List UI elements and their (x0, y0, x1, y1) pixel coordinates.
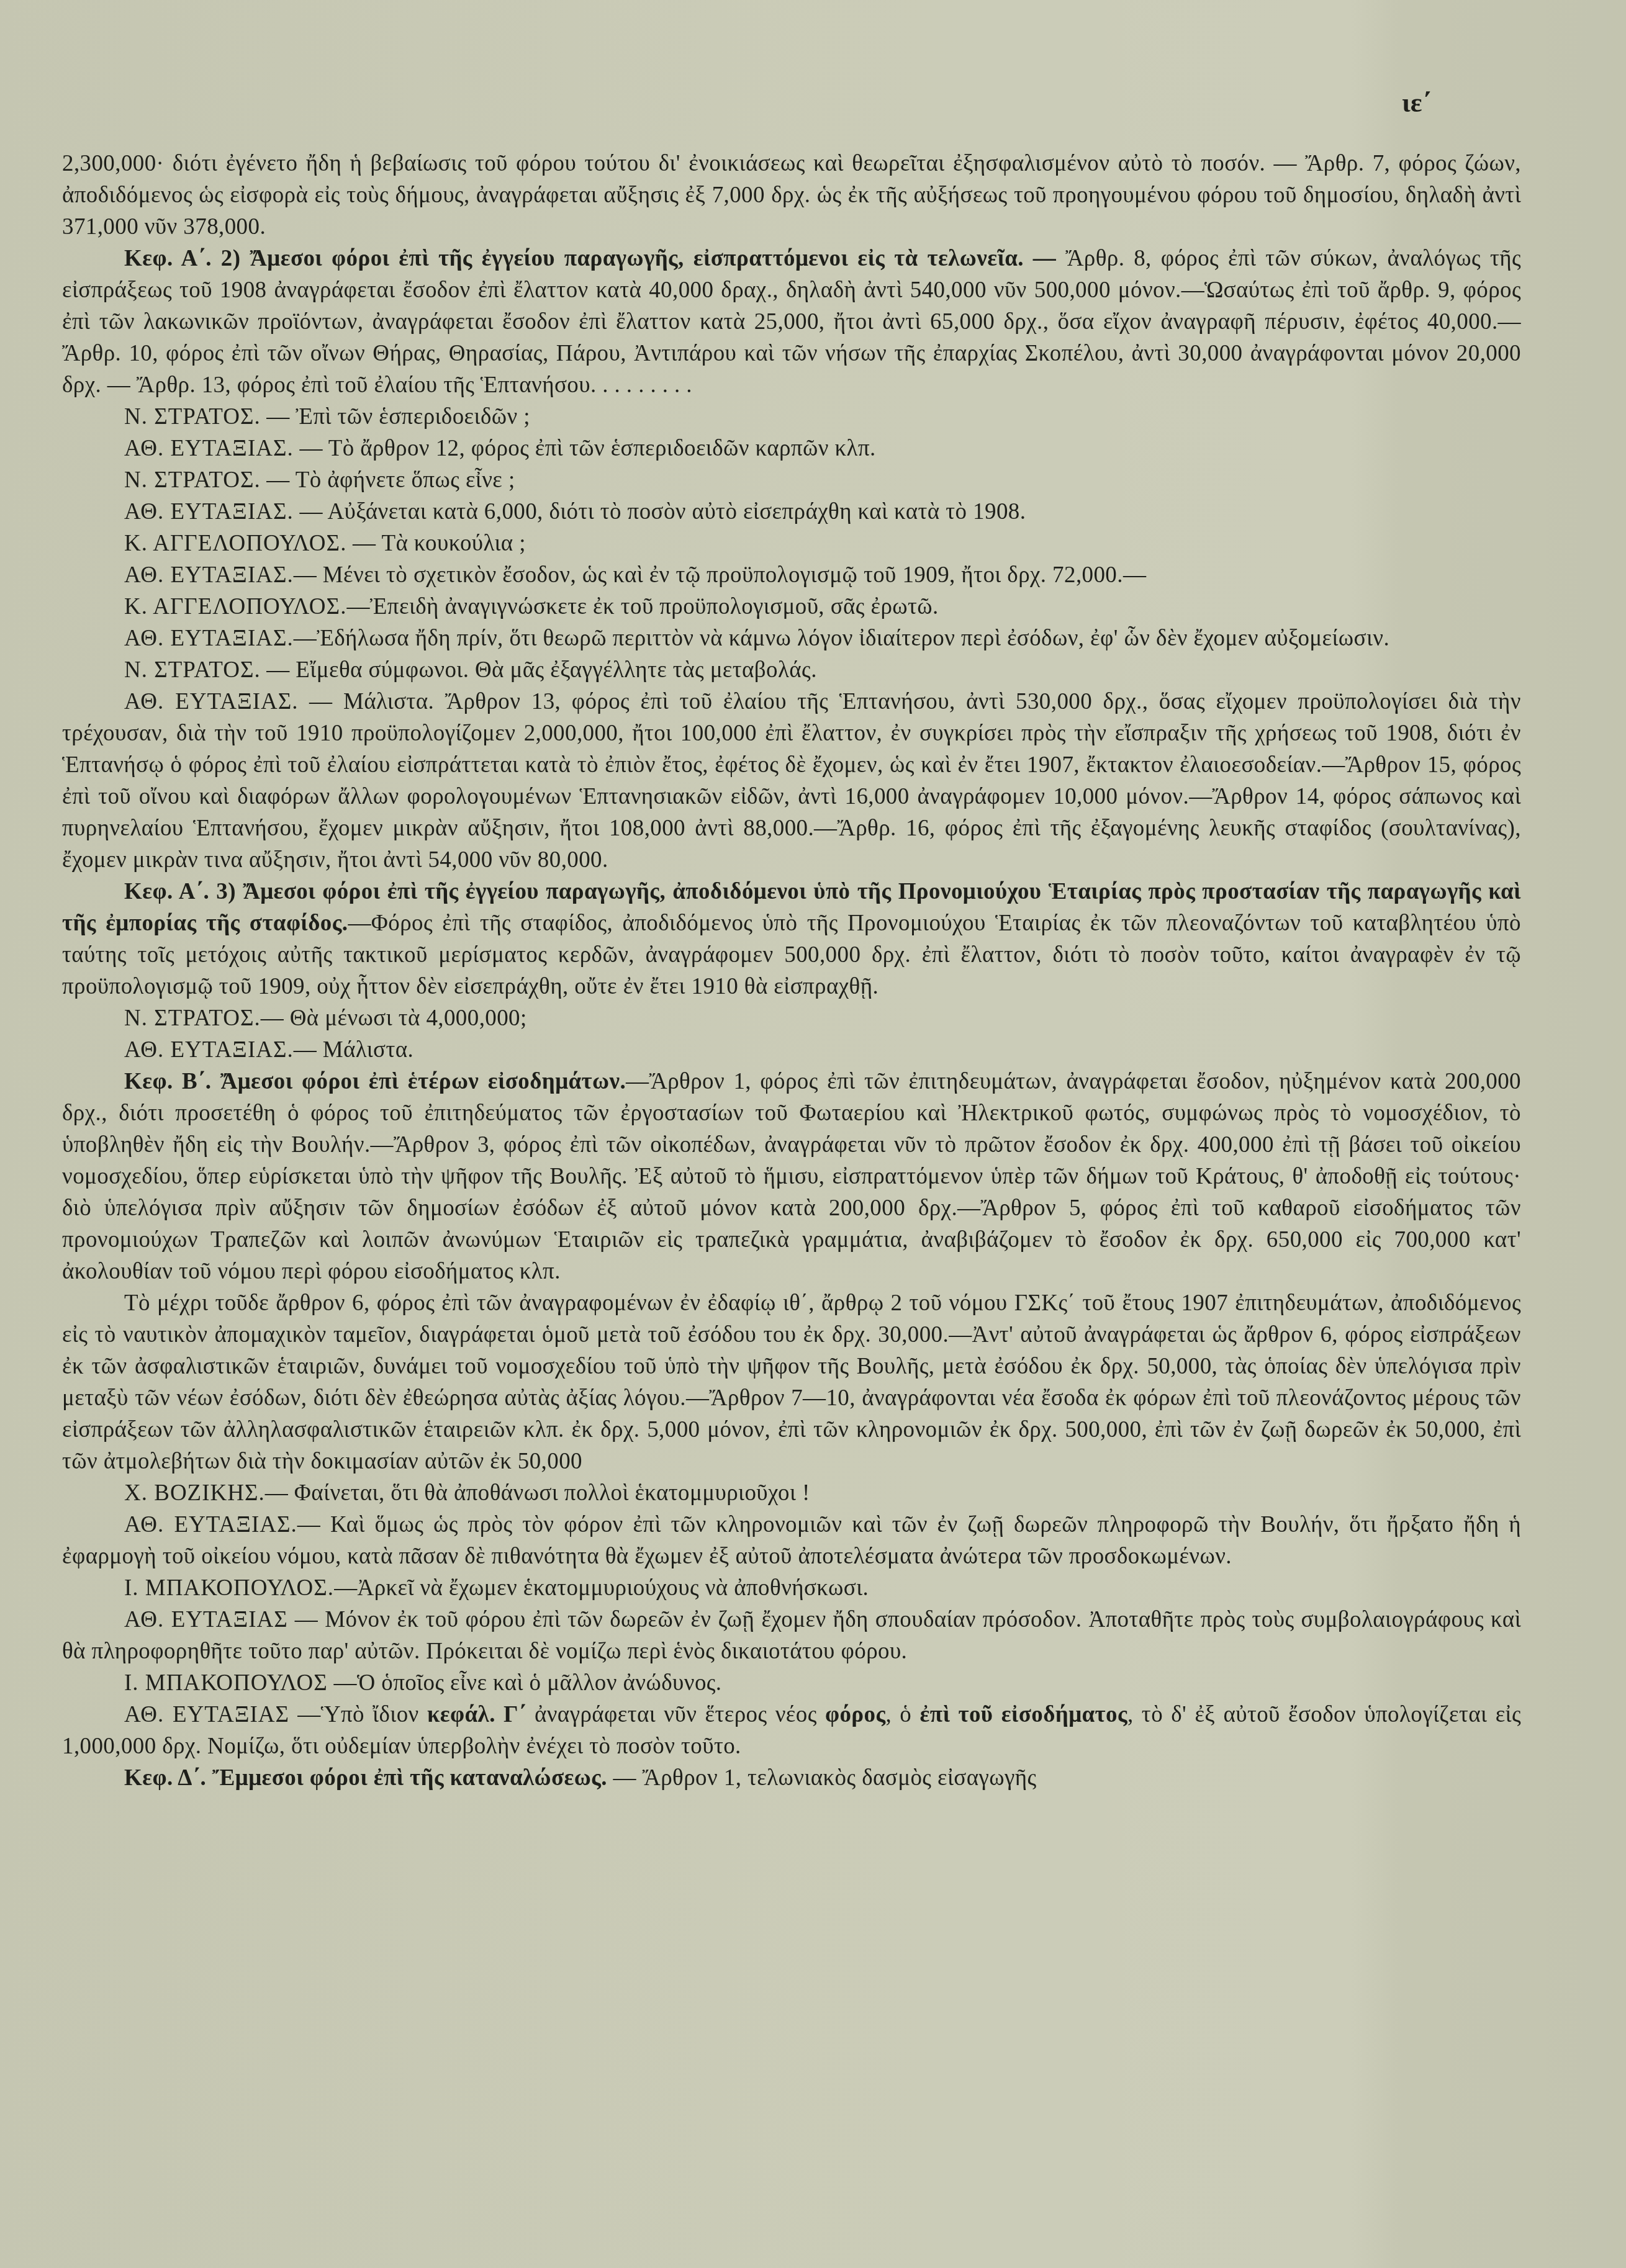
speech-text: — Ἐπὶ τῶν ἑσπεριδοειδῶν ; (261, 404, 530, 430)
speaker-name: Ν. ΣΤΡΑΤΟΣ. (124, 467, 261, 493)
speech-entry: ΑΘ. ΕΥΤΑΞΙΑΣ. — Μάλιστα. Ἄρθρον 13, φόρο… (62, 686, 1521, 876)
speech-entry: Κ. ΑΓΓΕΛΟΠΟΥΛΟΣ. — Τὰ κουκούλια ; (62, 528, 1521, 559)
chapter-heading: Κεφ. Α΄. 2) Ἄμεσοι φόροι ἐπὶ τῆς ἐγγείου… (124, 246, 1056, 271)
speaker-name: Κ. ΑΓΓΕΛΟΠΟΥΛΟΣ. (124, 594, 346, 619)
paragraph-text: 2,300,000· διότι ἐγένετο ἤδη ἡ βεβαίωσις… (62, 151, 1521, 240)
speech-text: — Μάλιστα. Ἄρθρον 13, φόρος ἐπὶ τοῦ ἐλαί… (62, 689, 1521, 873)
speech-text: —Ἀρκεῖ νὰ ἔχωμεν ἑκατομμυριούχους νὰ ἀπο… (334, 1575, 869, 1601)
speaker-name: Ν. ΣΤΡΑΤΟΣ. (124, 404, 261, 430)
page-number: ιε΄ (1402, 87, 1431, 119)
speech-text: —Ὁ ὁποῖος εἶνε καὶ ὁ μᾶλλον ἀνώδυνος. (328, 1670, 722, 1696)
bold-term: κεφάλ. Γ΄ (427, 1702, 526, 1727)
speech-text: —Ἐδήλωσα ἤδη πρίν, ὅτι θεωρῶ περιττὸν νὰ… (294, 626, 1389, 651)
bold-term: ἐπὶ τοῦ εἰσοδήματος (920, 1702, 1127, 1727)
speech-entry: Ν. ΣΤΡΑΤΟΣ. — Τὸ ἀφήνετε ὅπως εἶνε ; (62, 464, 1521, 496)
speaker-name: ΑΘ. ΕΥΤΑΞΙΑΣ. (124, 1512, 297, 1537)
speech-entry: ΑΘ. ΕΥΤΑΞΙΑΣ.— Μάλιστα. (62, 1034, 1521, 1066)
speech-text: — Τὰ κουκούλια ; (346, 531, 526, 556)
speaker-name: ΑΘ. ΕΥΤΑΞΙΑΣ (124, 1702, 289, 1727)
chapter-section: Κεφ. Α΄. 2) Ἄμεσοι φόροι ἐπὶ τῆς ἐγγείου… (62, 243, 1521, 401)
speaker-name: ΑΘ. ΕΥΤΑΞΙΑΣ. (124, 436, 294, 461)
chapter-heading: Κεφ. Β΄. Ἄμεσοι φόροι ἐπὶ ἑτέρων εἰσοδημ… (124, 1069, 626, 1094)
speech-entry: Κ. ΑΓΓΕΛΟΠΟΥΛΟΣ.—Ἐπειδὴ ἀναγιγνώσκετε ἐκ… (62, 591, 1521, 623)
speaker-name: Κ. ΑΓΓΕΛΟΠΟΥΛΟΣ. (124, 531, 346, 556)
speech-entry: ΑΘ. ΕΥΤΑΞΙΑΣ.— Μένει τὸ σχετικὸν ἔσοδον,… (62, 559, 1521, 591)
speech-text: —Ὑπὸ ἴδιον (289, 1702, 427, 1727)
speech-entry: ΑΘ. ΕΥΤΑΞΙΑΣ —Ὑπὸ ἴδιον κεφάλ. Γ΄ ἀναγρά… (62, 1699, 1521, 1762)
speech-entry: ΑΘ. ΕΥΤΑΞΙΑΣ. — Αὐξάνεται κατὰ 6,000, δι… (62, 496, 1521, 528)
speech-entry: Ν. ΣΤΡΑΤΟΣ. — Εἴμεθα σύμφωνοι. Θὰ μᾶς ἐξ… (62, 654, 1521, 686)
chapter-heading: Κεφ. Δ΄. Ἔμμεσοι φόροι ἐπὶ τῆς καταναλώσ… (124, 1765, 607, 1791)
speaker-name: ΑΘ. ΕΥΤΑΞΙΑΣ. (124, 1037, 294, 1063)
speech-text: — Μάλιστα. (294, 1037, 413, 1063)
speech-entry: Ι. ΜΠΑΚΟΠΟΥΛΟΣ.—Ἀρκεῖ νὰ ἔχωμεν ἑκατομμυ… (62, 1572, 1521, 1604)
paragraph-continuation: 2,300,000· διότι ἐγένετο ἤδη ἡ βεβαίωσις… (62, 148, 1521, 243)
speaker-name: ΑΘ. ΕΥΤΑΞΙΑΣ. (124, 499, 294, 524)
speaker-name: Ι. ΜΠΑΚΟΠΟΥΛΟΣ. (124, 1575, 334, 1601)
paragraph-text: — Ἄρθρον 1, τελωνιακὸς δασμὸς εἰσαγωγῆς (607, 1765, 1037, 1791)
speech-entry: ΑΘ. ΕΥΤΑΞΙΑΣ — Μόνον ἐκ τοῦ φόρου ἐπὶ τῶ… (62, 1604, 1521, 1667)
speaker-name: Ν. ΣΤΡΑΤΟΣ. (124, 657, 261, 683)
speaker-name: ΑΘ. ΕΥΤΑΞΙΑΣ. (124, 626, 294, 651)
speech-entry: ΑΘ. ΕΥΤΑΞΙΑΣ.— Καὶ ὅμως ὡς πρὸς τὸν φόρο… (62, 1509, 1521, 1572)
speech-text: — Τὸ ἄρθρον 12, φόρος ἐπὶ τῶν ἑσπεριδοει… (294, 436, 876, 461)
body-paragraph: Τὸ μέχρι τοῦδε ἄρθρον 6, φόρος ἐπὶ τῶν ἀ… (62, 1287, 1521, 1477)
speaker-name: Χ. ΒΟΖΙΚΗΣ. (124, 1480, 265, 1506)
speech-entry: ΑΘ. ΕΥΤΑΞΙΑΣ.—Ἐδήλωσα ἤδη πρίν, ὅτι θεωρ… (62, 623, 1521, 654)
speech-text: — Φαίνεται, ὅτι θὰ ἀποθάνωσι πολλοὶ ἑκατ… (265, 1480, 810, 1506)
speech-text: , ὁ (885, 1702, 919, 1727)
speaker-name: ΑΘ. ΕΥΤΑΞΙΑΣ. (124, 689, 299, 714)
speech-text: —Ἐπειδὴ ἀναγιγνώσκετε ἐκ τοῦ προϋπολογισ… (346, 594, 938, 619)
speech-text: ἀναγράφεται νῦν ἕτερος νέος (526, 1702, 825, 1727)
paragraph-text: Τὸ μέχρι τοῦδε ἄρθρον 6, φόρος ἐπὶ τῶν ἀ… (62, 1290, 1521, 1474)
speech-entry: Ν. ΣΤΡΑΤΟΣ. — Ἐπὶ τῶν ἑσπεριδοειδῶν ; (62, 401, 1521, 433)
chapter-section: Κεφ. Δ΄. Ἔμμεσοι φόροι ἐπὶ τῆς καταναλώσ… (62, 1762, 1521, 1794)
speaker-name: Ν. ΣΤΡΑΤΟΣ. (124, 1006, 261, 1031)
speech-text: — Μένει τὸ σχετικὸν ἔσοδον, ὡς καὶ ἐν τῷ… (294, 562, 1147, 588)
speech-entry: ΑΘ. ΕΥΤΑΞΙΑΣ. — Τὸ ἄρθρον 12, φόρος ἐπὶ … (62, 433, 1521, 464)
chapter-section: Κεφ. Α΄. 3) Ἄμεσοι φόροι ἐπὶ τῆς ἐγγείου… (62, 876, 1521, 1002)
speech-text: — Εἴμεθα σύμφωνοι. Θὰ μᾶς ἐξαγγέλλητε τὰ… (261, 657, 817, 683)
speech-text: — Αὐξάνεται κατὰ 6,000, διότι τὸ ποσὸν α… (294, 499, 1026, 524)
speaker-name: ΑΘ. ΕΥΤΑΞΙΑΣ. (124, 562, 294, 588)
speaker-name: Ι. ΜΠΑΚΟΠΟΥΛΟΣ (124, 1670, 328, 1696)
speech-text: — Θὰ μένωσι τὰ 4,000,000; (261, 1006, 527, 1031)
speech-text: — Τὸ ἀφήνετε ὅπως εἶνε ; (261, 467, 515, 493)
speech-entry: Ι. ΜΠΑΚΟΠΟΥΛΟΣ —Ὁ ὁποῖος εἶνε καὶ ὁ μᾶλλ… (62, 1667, 1521, 1699)
paragraph-text: —Ἄρθρον 1, φόρος ἐπὶ τῶν ἐπιτηδευμάτων, … (62, 1069, 1521, 1284)
speech-entry: Ν. ΣΤΡΑΤΟΣ.— Θὰ μένωσι τὰ 4,000,000; (62, 1002, 1521, 1034)
chapter-section: Κεφ. Β΄. Ἄμεσοι φόροι ἐπὶ ἑτέρων εἰσοδημ… (62, 1066, 1521, 1287)
document-body: 2,300,000· διότι ἐγένετο ἤδη ἡ βεβαίωσις… (62, 148, 1521, 1794)
bold-term: φόρος (825, 1702, 886, 1727)
speech-entry: Χ. ΒΟΖΙΚΗΣ.— Φαίνεται, ὅτι θὰ ἀποθάνωσι … (62, 1477, 1521, 1509)
speaker-name: ΑΘ. ΕΥΤΑΞΙΑΣ (124, 1607, 288, 1632)
